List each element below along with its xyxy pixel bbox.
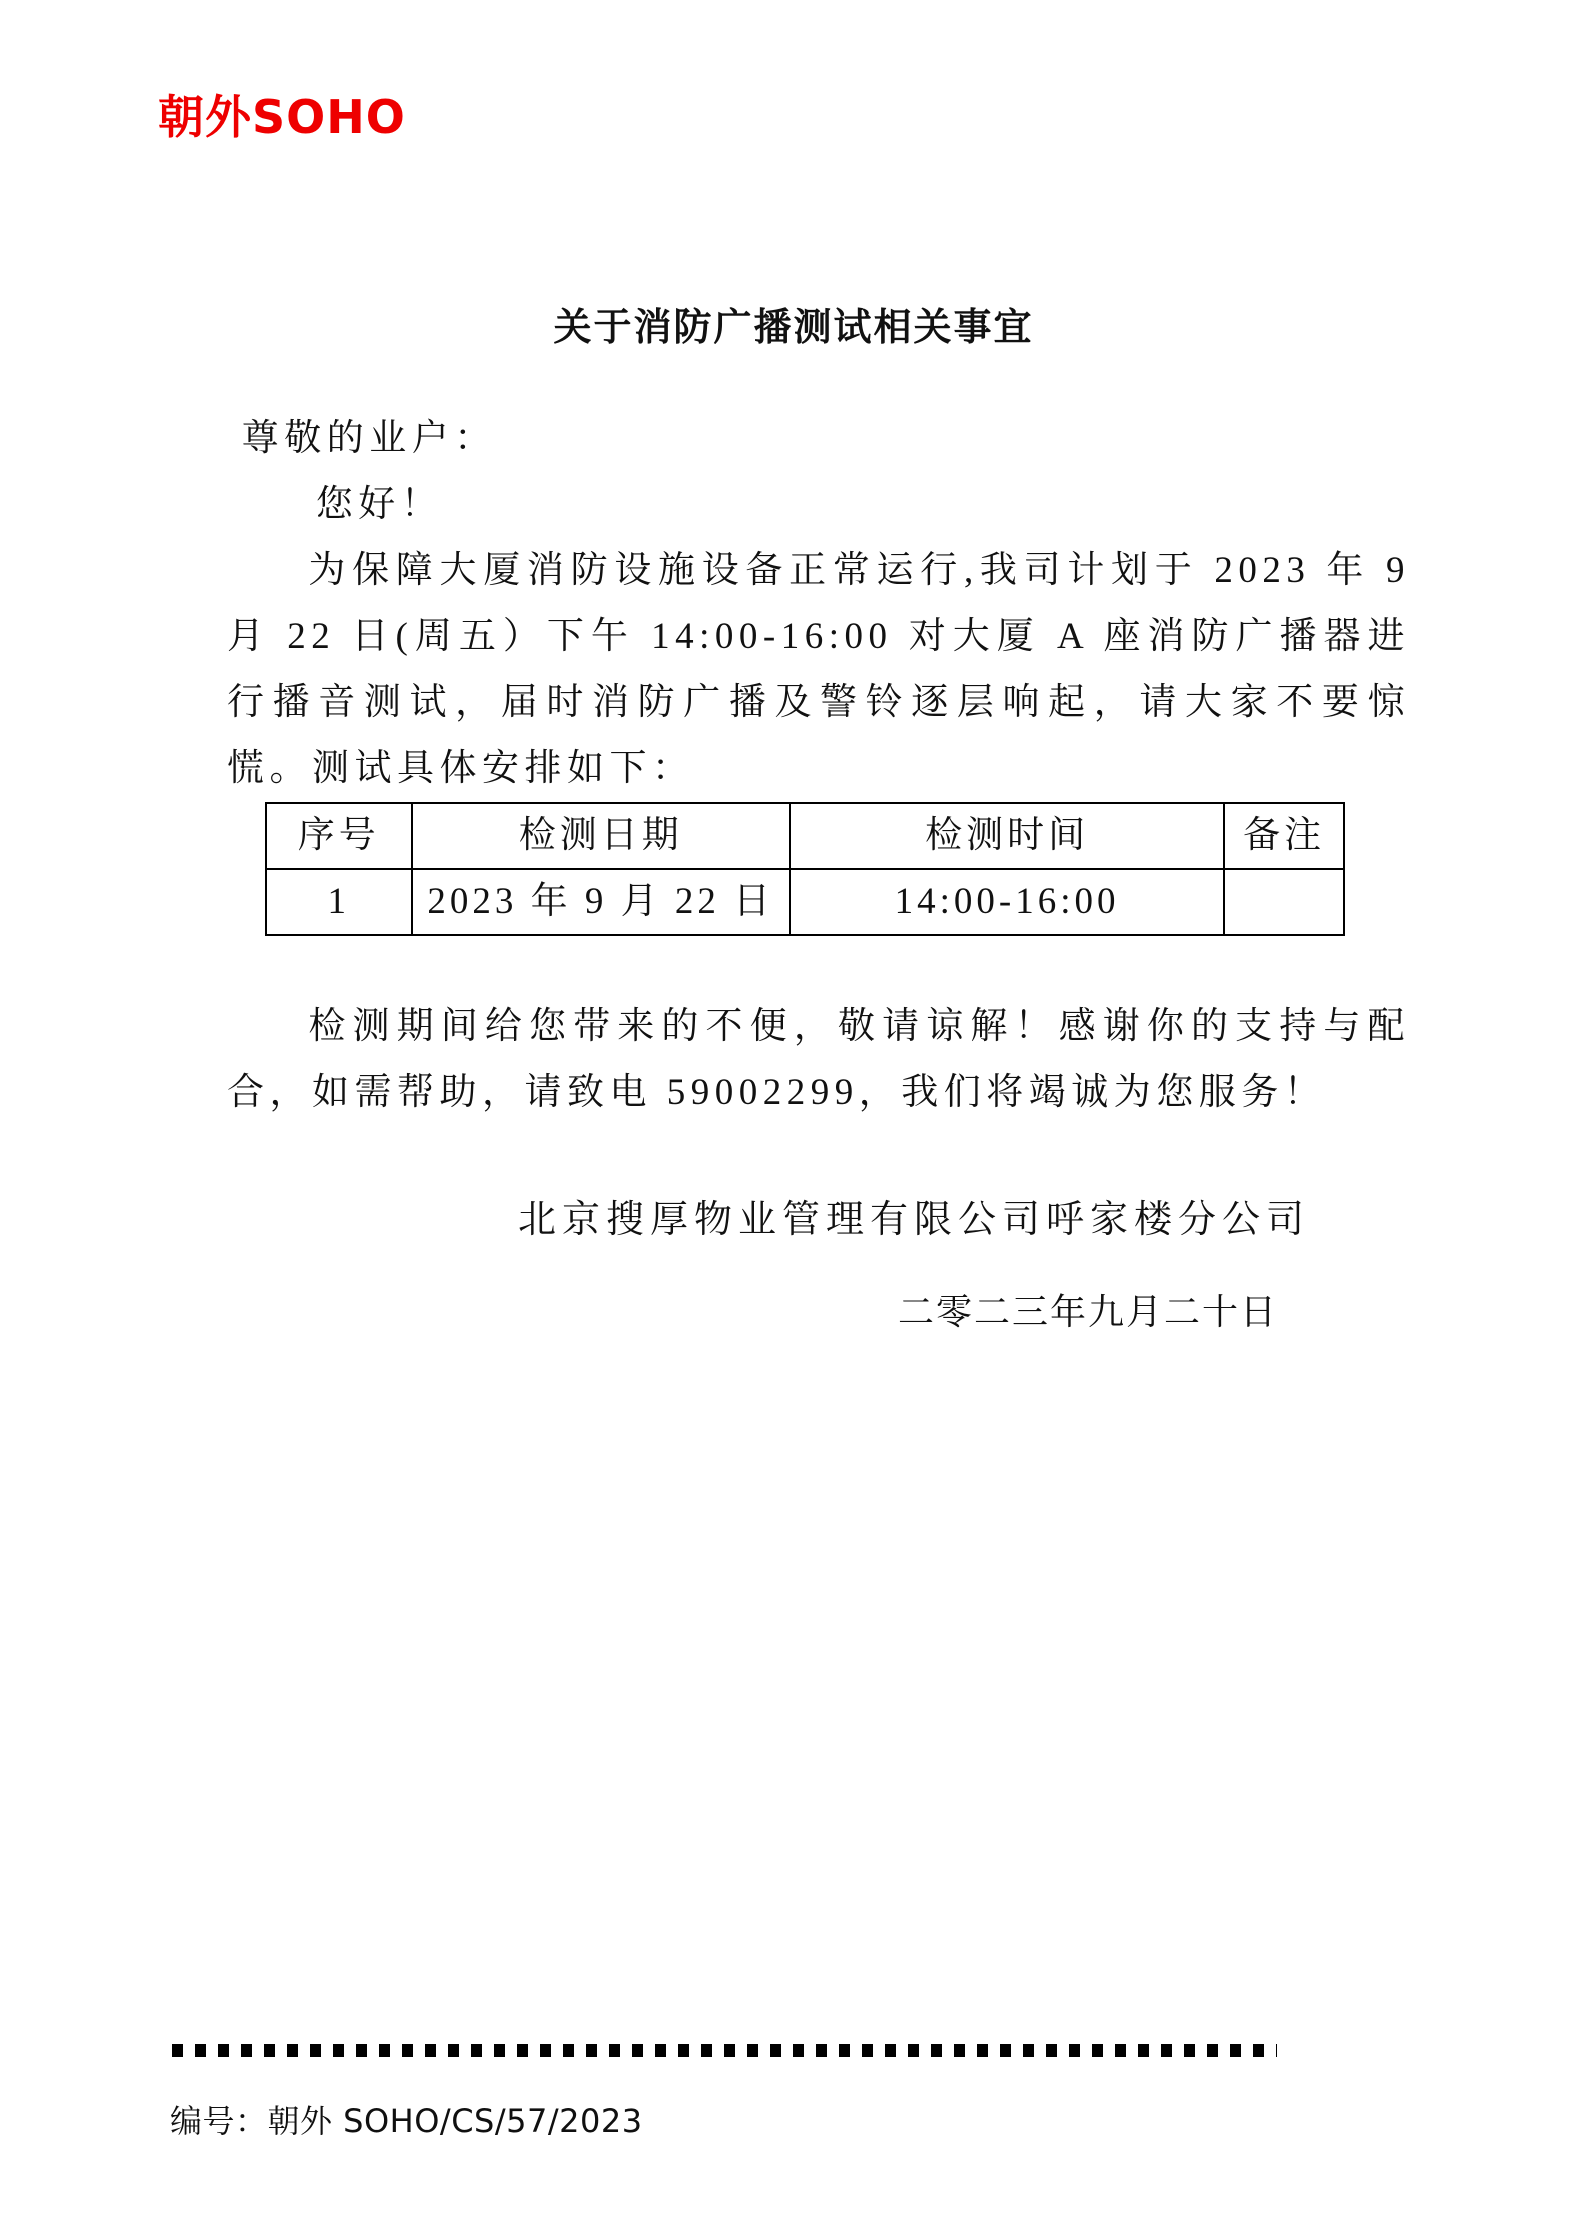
document-number: 编号：朝外 SOHO/CS/57/2023: [170, 2096, 643, 2142]
notice-body: 尊敬的业户： 您好！ 为保障大厦消防设施设备正常运行,我司计划于 2023 年 …: [227, 406, 1410, 1126]
salutation-line: 尊敬的业户：: [227, 406, 1410, 472]
table-row: 1 2023 年 9 月 22 日 14:00-16:00: [266, 869, 1344, 935]
cell-remark: [1224, 869, 1344, 935]
page-title: 关于消防广播测试相关事宜: [0, 296, 1587, 351]
notice-paragraph-2: 检测期间给您带来的不便，敬请谅解！感谢你的支持与配合，如需帮助，请致电 5900…: [227, 994, 1410, 1126]
notice-paragraph-1: 为保障大厦消防设施设备正常运行,我司计划于 2023 年 9 月 22 日(周五…: [227, 538, 1410, 802]
column-header-remark: 备注: [1224, 803, 1344, 869]
cell-test-date: 2023 年 9 月 22 日: [412, 869, 790, 935]
company-signature: 北京搜厚物业管理有限公司呼家楼分公司: [518, 1188, 1310, 1243]
column-header-serial: 序号: [266, 803, 412, 869]
column-header-test-date: 检测日期: [412, 803, 790, 869]
table-header-row: 序号 检测日期 检测时间 备注: [266, 803, 1344, 869]
cell-serial: 1: [266, 869, 412, 935]
notice-document-page: 朝外SOHO 关于消防广播测试相关事宜 尊敬的业户： 您好！ 为保障大厦消防设施…: [0, 0, 1587, 2220]
greeting-line: 您好！: [227, 472, 1410, 538]
signature-date: 二零二三年九月二十日: [898, 1284, 1278, 1335]
column-header-test-time: 检测时间: [790, 803, 1224, 869]
footer-dotted-divider: [172, 2044, 1277, 2057]
cell-test-time: 14:00-16:00: [790, 869, 1224, 935]
test-schedule-table: 序号 检测日期 检测时间 备注 1 2023 年 9 月 22 日 14:00-…: [265, 802, 1345, 936]
chaowai-soho-logo: 朝外SOHO: [158, 92, 406, 143]
